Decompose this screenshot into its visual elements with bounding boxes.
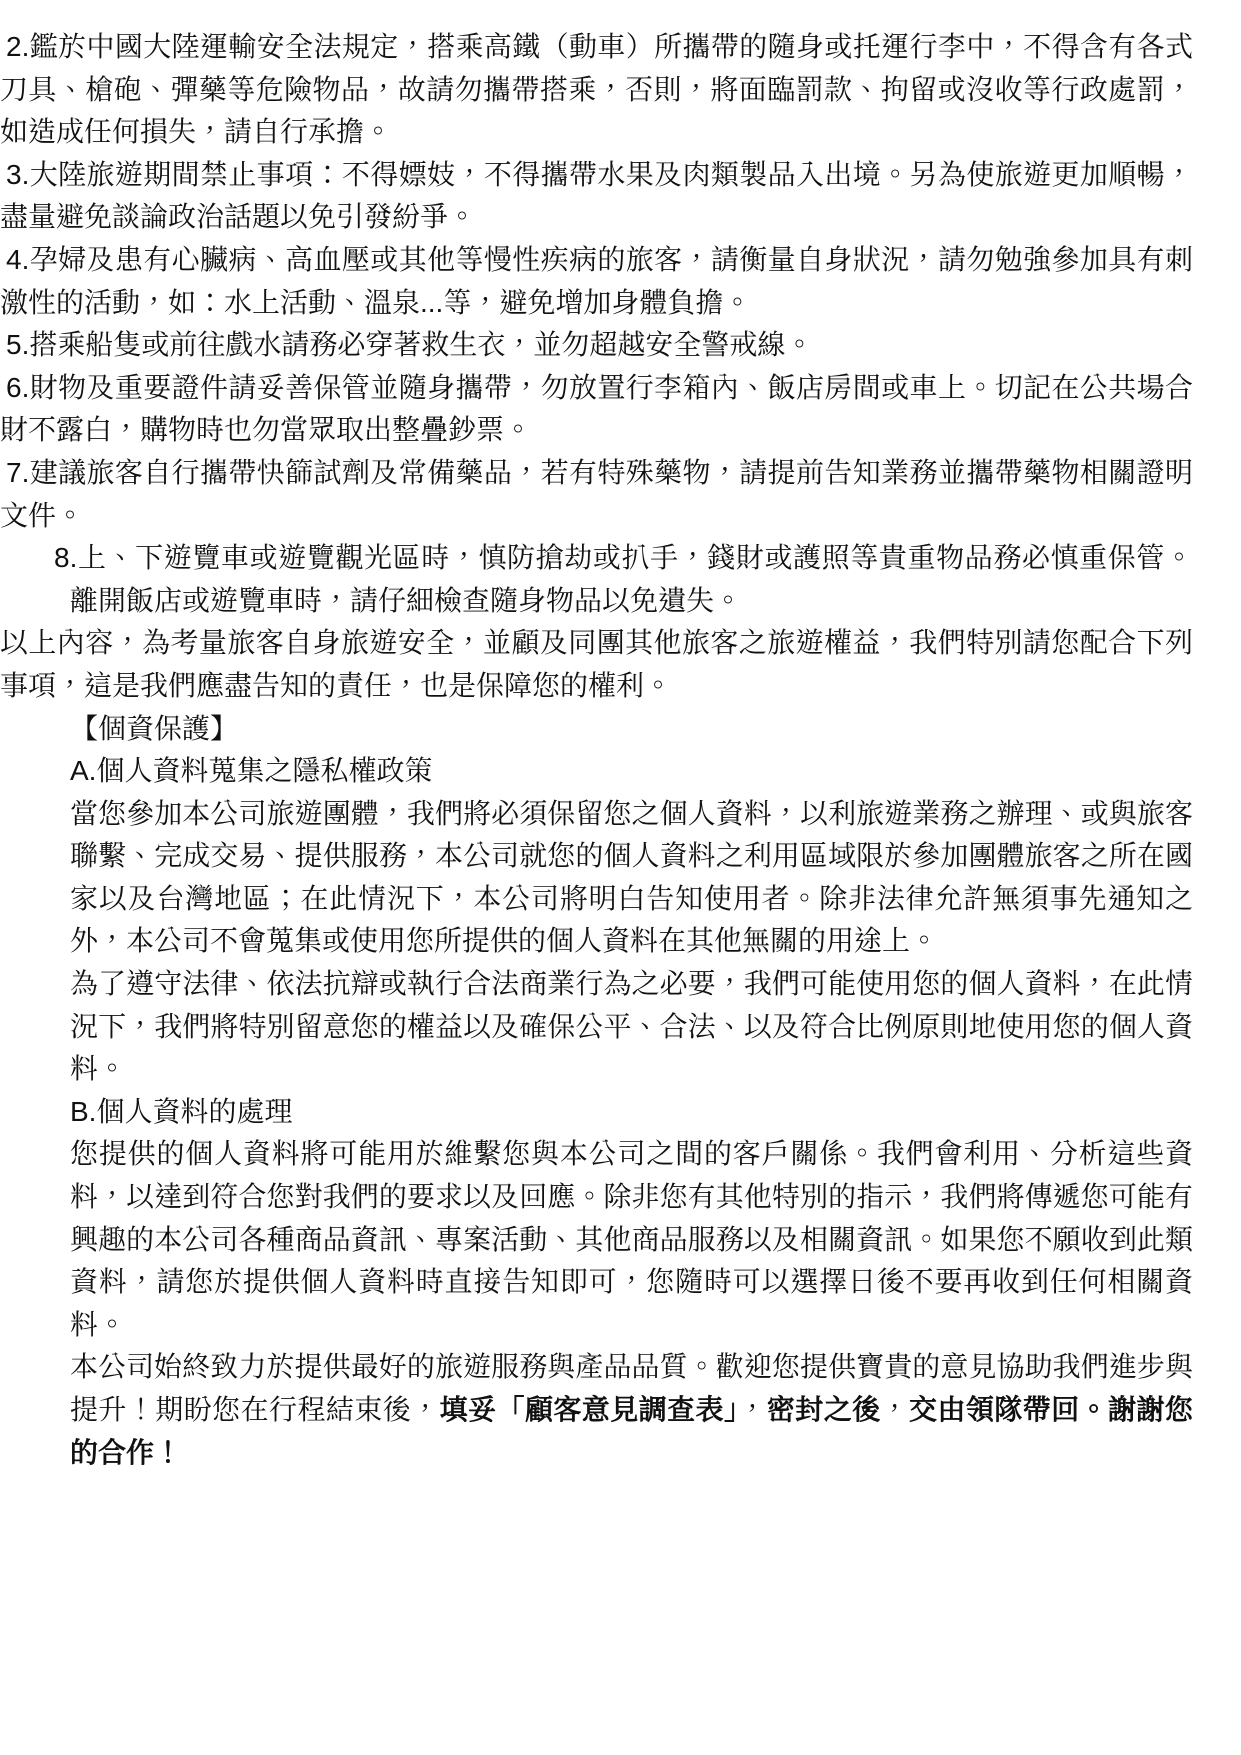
notice-item-8: 8.上、下遊覽車或遊覽觀光區時，慎防搶劫或扒手，錢財或護照等貴重物品務必慎重保管… [70, 537, 1193, 622]
final-paragraph: 本公司始終致力於提供最好的旅遊服務與產品品質。歡迎您提供寶貴的意見協助我們進步與… [70, 1346, 1193, 1474]
notice-item-7: 7.建議旅客自行攜帶快篩試劑及常備藥品，若有特殊藥物，請提前告知業務並攜帶藥物相… [0, 452, 1193, 537]
privacy-heading: 【個資保護】 [70, 708, 1193, 751]
section-a-paragraph-2: 為了遵守法律、依法抗辯或執行合法商業行為之必要，我們可能使用您的個人資料，在此情… [70, 963, 1193, 1091]
privacy-section: 【個資保護】 A.個人資料蒐集之隱私權政策 當您參加本公司旅遊團體，我們將必須保… [70, 708, 1193, 1475]
section-a-title: A.個人資料蒐集之隱私權政策 [70, 750, 1193, 793]
final-text-bold-2: 密封之後 [767, 1394, 881, 1425]
document-page: 2.鑑於中國大陸運輸安全法規定，搭乘高鐵（動車）所攜帶的隨身或托運行李中，不得含… [0, 0, 1241, 1755]
final-text-bold-1: 填妥「顧客意見調查表」 [440, 1394, 739, 1425]
notice-item-2: 2.鑑於中國大陸運輸安全法規定，搭乘高鐵（動車）所攜帶的隨身或托運行李中，不得含… [0, 26, 1193, 154]
final-text-normal-2: ， [738, 1394, 766, 1425]
notice-item-3: 3.大陸旅遊期間禁止事項：不得嫖妓，不得攜帶水果及肉類製品入出境。另為使旅遊更加… [0, 154, 1193, 239]
notice-item-4: 4.孕婦及患有心臟病、高血壓或其他等慢性疾病的旅客，請衡量自身狀況，請勿勉強參加… [0, 239, 1193, 324]
section-b-title: B.個人資料的處理 [70, 1091, 1193, 1134]
section-a-paragraph-1: 當您參加本公司旅遊團體，我們將必須保留您之個人資料，以利旅遊業務之辦理、或與旅客… [70, 793, 1193, 963]
closing-paragraph: 以上內容，為考量旅客自身旅遊安全，並顧及同團其他旅客之旅遊權益，我們特別請您配合… [0, 622, 1193, 707]
section-b-paragraph-1: 您提供的個人資料將可能用於維繫您與本公司之間的客戶關係。我們會利用、分析這些資料… [70, 1133, 1193, 1346]
notice-item-5: 5.搭乘船隻或前往戲水請務必穿著救生衣，並勿超越安全警戒線。 [0, 324, 1193, 367]
travel-notices-section: 2.鑑於中國大陸運輸安全法規定，搭乘高鐵（動車）所攜帶的隨身或托運行李中，不得含… [0, 26, 1193, 708]
notice-item-6: 6.財物及重要證件請妥善保管並隨身攜帶，勿放置行李箱內、飯店房間或車上。切記在公… [0, 367, 1193, 452]
final-text-normal-3: ， [881, 1394, 909, 1425]
